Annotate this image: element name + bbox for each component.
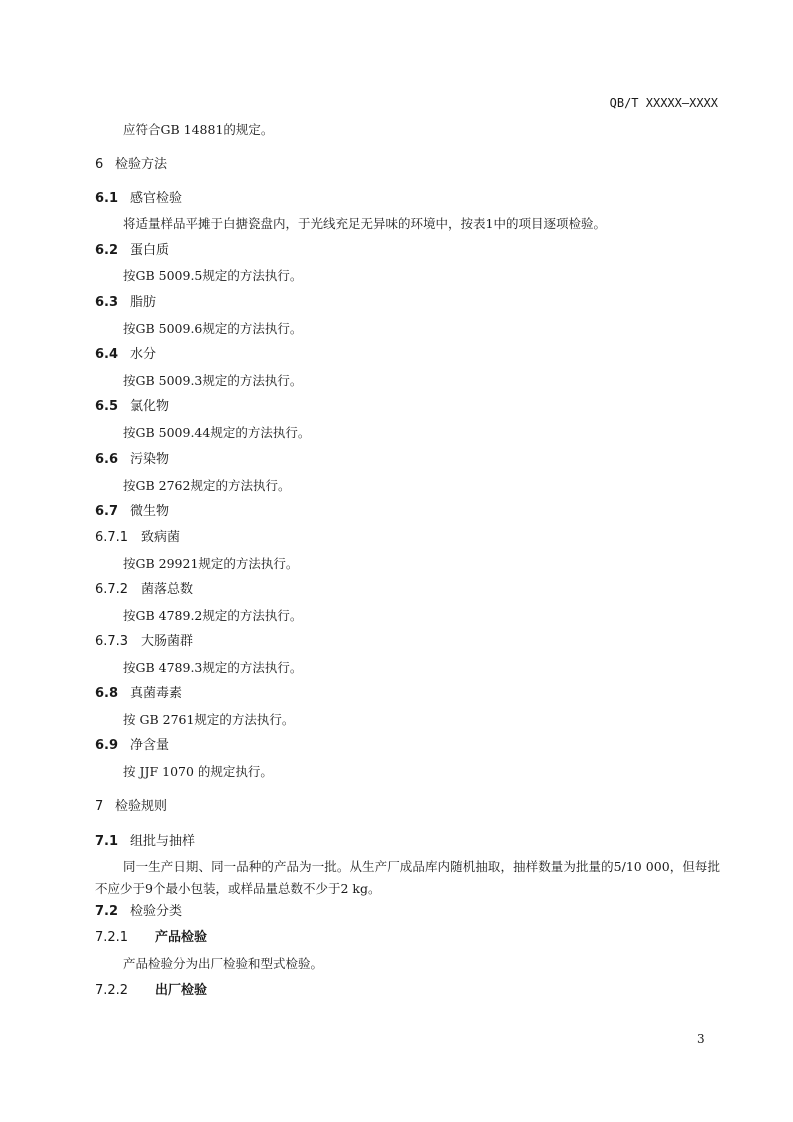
section-number: 6.7.1 <box>95 530 141 546</box>
section-6-7-2-text: 按GB 4789.2规定的方法执行。 <box>123 608 302 624</box>
section-number: 6.9 <box>95 738 130 754</box>
section-7-1-heading: 7.1组批与抽样 <box>95 834 195 850</box>
section-title: 菌落总数 <box>141 582 193 597</box>
section-title: 水分 <box>130 347 156 362</box>
section-number: 6.2 <box>95 243 130 259</box>
section-number: 6.1 <box>95 191 130 207</box>
section-6-8-heading: 6.8真菌毒素 <box>95 686 182 702</box>
section-6-6-text: 按GB 2762规定的方法执行。 <box>123 478 290 494</box>
section-title: 氯化物 <box>130 399 169 414</box>
section-6-7-3-text: 按GB 4789.3规定的方法执行。 <box>123 660 302 676</box>
section-number: 6.7 <box>95 504 130 520</box>
section-number: 6.5 <box>95 399 130 415</box>
section-6-2-text: 按GB 5009.5规定的方法执行。 <box>123 268 302 284</box>
section-7-1-text: 同一生产日期、同一品种的产品为一批。从生产厂成品库内随机抽取，抽样数量为批量的5… <box>95 856 720 900</box>
section-number: 7.2.1 <box>95 930 155 946</box>
section-6-6-heading: 6.6污染物 <box>95 452 169 468</box>
section-title: 致病菌 <box>141 530 180 545</box>
section-6-5-heading: 6.5氯化物 <box>95 399 169 415</box>
section-title: 检验方法 <box>115 157 167 172</box>
section-title: 脂肪 <box>130 295 156 310</box>
section-6-2-heading: 6.2蛋白质 <box>95 243 169 259</box>
section-number: 7 <box>95 799 115 815</box>
section-number: 6.4 <box>95 347 130 363</box>
section-6-3-heading: 6.3脂肪 <box>95 295 156 311</box>
section-number: 6.3 <box>95 295 130 311</box>
section-number: 6.7.2 <box>95 582 141 598</box>
section-number: 6 <box>95 157 115 173</box>
section-6-7-2-heading: 6.7.2菌落总数 <box>95 582 193 598</box>
section-6-7-1-text: 按GB 29921规定的方法执行。 <box>123 556 298 572</box>
section-number: 6.8 <box>95 686 130 702</box>
section-6-9-heading: 6.9净含量 <box>95 738 169 754</box>
section-number: 7.2.2 <box>95 983 155 999</box>
section-title: 组批与抽样 <box>130 834 195 849</box>
section-6-1-text: 将适量样品平摊于白搪瓷盘内，于光线充足无异味的环境中，按表1中的项目逐项检验。 <box>123 216 606 232</box>
section-title: 净含量 <box>130 738 169 753</box>
section-title: 微生物 <box>130 504 169 519</box>
section-6-7-heading: 6.7微生物 <box>95 504 169 520</box>
section-7-2-1-heading: 7.2.1产品检验 <box>95 930 207 946</box>
standard-code-header: QB/T XXXXX—XXXX <box>610 96 718 110</box>
section-6-3-text: 按GB 5009.6规定的方法执行。 <box>123 321 302 337</box>
section-7-2-2-heading: 7.2.2出厂检验 <box>95 983 207 999</box>
intro-paragraph: 应符合GB 14881的规定。 <box>123 122 273 138</box>
section-title: 真菌毒素 <box>130 686 182 701</box>
section-7-2-heading: 7.2检验分类 <box>95 904 182 920</box>
section-6-7-3-heading: 6.7.3大肠菌群 <box>95 634 193 650</box>
section-6-7-1-heading: 6.7.1致病菌 <box>95 530 180 546</box>
section-6-4-text: 按GB 5009.3规定的方法执行。 <box>123 373 302 389</box>
section-title: 感官检验 <box>130 191 182 206</box>
section-title: 检验分类 <box>130 904 182 919</box>
section-number: 7.2 <box>95 904 130 920</box>
section-6-1-heading: 6.1感官检验 <box>95 191 182 207</box>
section-6-5-text: 按GB 5009.44规定的方法执行。 <box>123 425 310 441</box>
section-title: 大肠菌群 <box>141 634 193 649</box>
section-6-heading: 6检验方法 <box>95 157 167 173</box>
section-title: 产品检验 <box>155 930 207 945</box>
section-number: 6.6 <box>95 452 130 468</box>
page-number: 3 <box>697 1032 705 1046</box>
section-number: 6.7.3 <box>95 634 141 650</box>
section-number: 7.1 <box>95 834 130 850</box>
section-6-4-heading: 6.4水分 <box>95 347 156 363</box>
section-title: 蛋白质 <box>130 243 169 258</box>
section-6-8-text: 按 GB 2761规定的方法执行。 <box>123 712 294 728</box>
section-title: 污染物 <box>130 452 169 467</box>
section-6-9-text: 按 JJF 1070 的规定执行。 <box>123 764 273 780</box>
document-page: QB/T XXXXX—XXXX 应符合GB 14881的规定。 6检验方法 6.… <box>0 0 793 1122</box>
section-7-2-1-text: 产品检验分为出厂检验和型式检验。 <box>123 956 323 972</box>
section-7-heading: 7检验规则 <box>95 799 167 815</box>
section-title: 检验规则 <box>115 799 167 814</box>
section-title: 出厂检验 <box>155 983 207 998</box>
